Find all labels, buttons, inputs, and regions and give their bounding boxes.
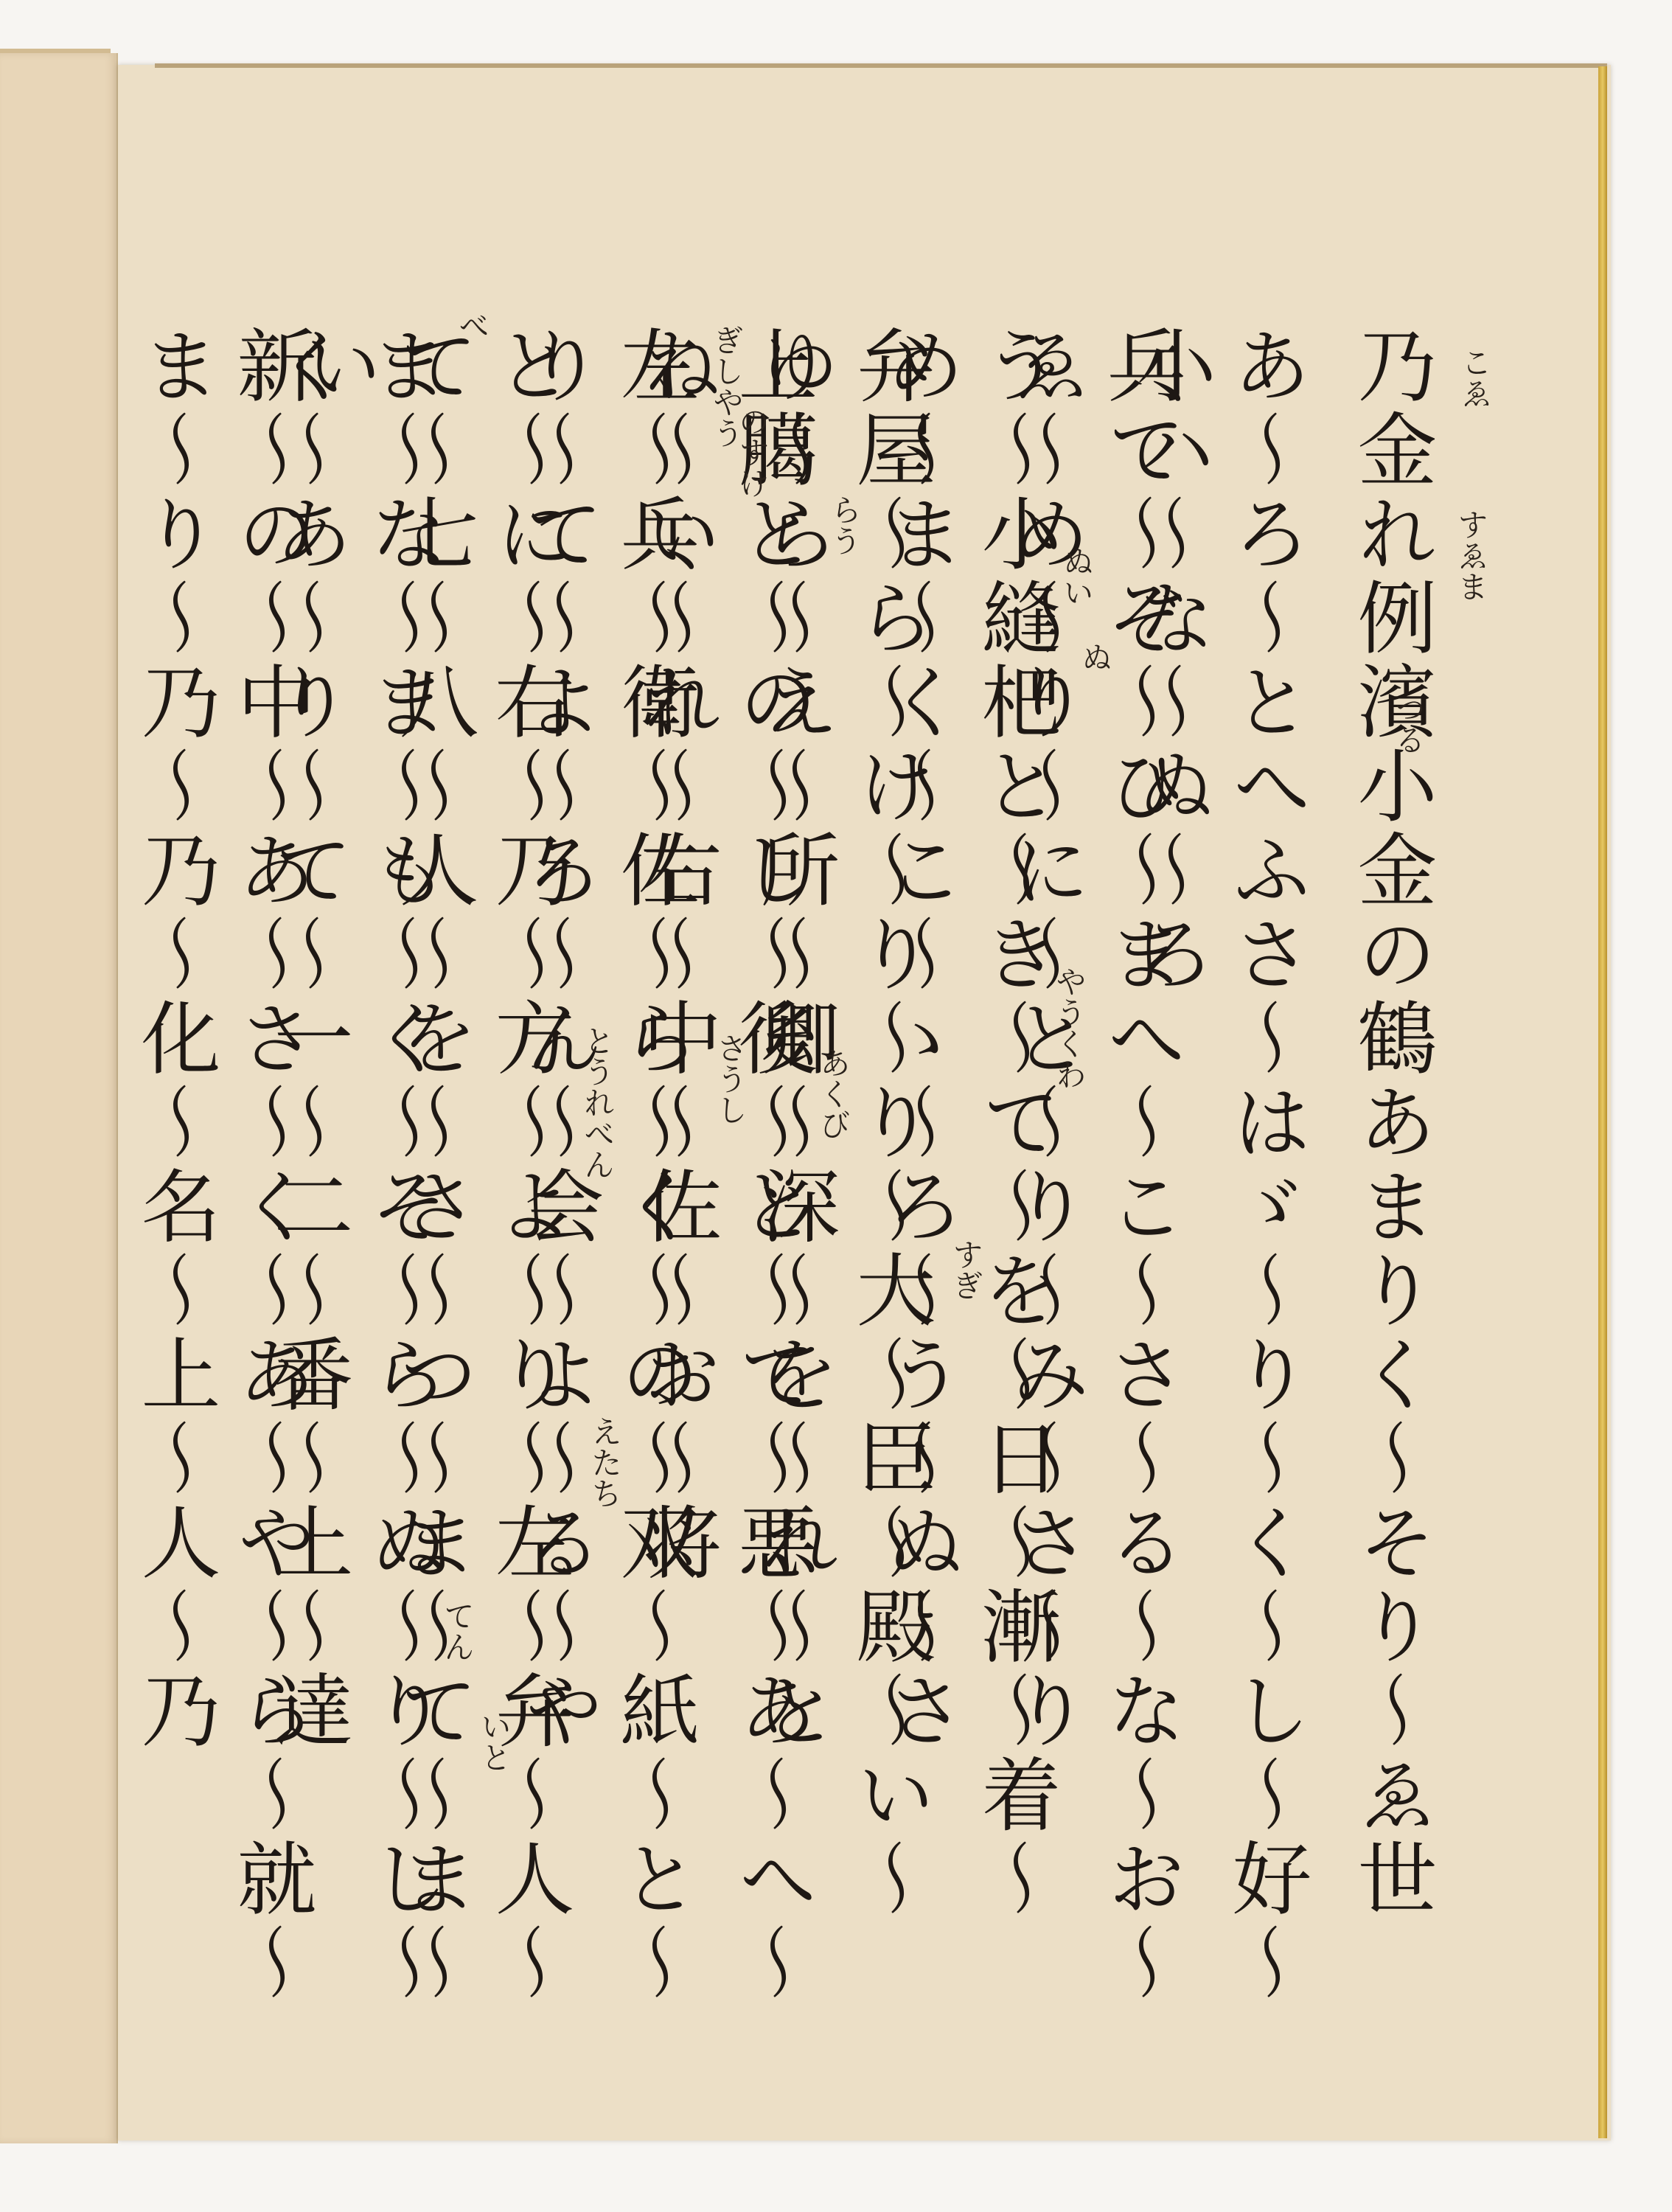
page-top-edge (155, 63, 1607, 68)
furigana: のすけ (730, 406, 774, 498)
text-column-8: と〜に〜右〜乃〜方〜よ〜り〜左〜弁〜人〜て〜七〜八〜人〜を〜さ〜つ〜ま〜て〜ま〜… (479, 324, 575, 2065)
text-column-10: 新〜の〜中〜あ〜さ〜く〜あ〜や〜ら〜就〜ま〜り〜乃〜乃〜化〜名〜上〜人〜乃 (221, 324, 317, 2065)
furigana: さうし (708, 1032, 752, 1125)
text-column-5: 弁屋〜ら〜け〜り〜り〜大〜臣〜殿〜い〜ゆ〜ら〜え〜所〜卿〜深〜を〜れ〜と (840, 324, 936, 2065)
gilded-fore-edge (1598, 66, 1607, 2138)
text-column-3: 兵て〜ぞ〜ひ〜まへ〜こ〜さ〜る〜な〜お〜ゑ〜め〜り〜に〜と〜り〜み〜さ〜り (1091, 324, 1187, 2065)
furigana: らう (822, 494, 866, 556)
furigana: やうくわ (1047, 966, 1091, 1090)
furigana: てん (435, 1600, 479, 1662)
furigana: すゑま (1449, 509, 1493, 602)
left-page (0, 53, 118, 2143)
furigana: あくび (811, 1047, 855, 1140)
furigana: こゑ (1452, 347, 1497, 408)
furigana: いと (472, 1711, 516, 1773)
text-column-6: 上臈と〜の〜し〜後〜と〜て〜悪〜あ〜へ〜ね〜い〜れ〜右〜中〜佐〜お〜将 (722, 324, 818, 2065)
text-column-2: あ〜ろ〜とへふさ〜はゞ〜り〜く〜し〜好〜小ハ〜な〜ぬ〜ろ (1216, 324, 1312, 2065)
furigana: ぬい (1054, 546, 1098, 608)
text-column-1: 乃金れ例濱小金の鶴あまりく〜そり〜ゑ世 (1342, 324, 1438, 1921)
text-column-9: ま〜な〜ま〜も〜く〜そ〜ら〜ぬ〜り〜し〜く〜あ〜り〜て〜一〜二〜番〜上〜達 (354, 324, 450, 2065)
text-column-7: 左〜兵〜衛〜佐〜ら〜く〜の〜双〜紙〜と〜り〜て〜よ〜ろ〜ん〜会〜よ〜る〜や (605, 324, 700, 2065)
furigana: すぎ (944, 1239, 988, 1301)
furigana: えたち (582, 1416, 627, 1509)
furigana: とうれべん (575, 1025, 619, 1180)
furigana: ぬ (1073, 641, 1117, 672)
furigana: べ (450, 310, 494, 341)
text-column-4: う〜小縫杷と〜き〜て〜を〜日〜漸〜着〜め〜ま〜く〜こ〜ゝ〜ろ〜う〜ぬ〜さ (966, 324, 1062, 2065)
furigana: つる (1386, 693, 1430, 755)
manuscript-text: 乃金れ例濱小金の鶴あまりく〜そり〜ゑ世 あ〜ろ〜とへふさ〜はゞ〜り〜く〜し〜好〜… (206, 324, 1401, 2065)
